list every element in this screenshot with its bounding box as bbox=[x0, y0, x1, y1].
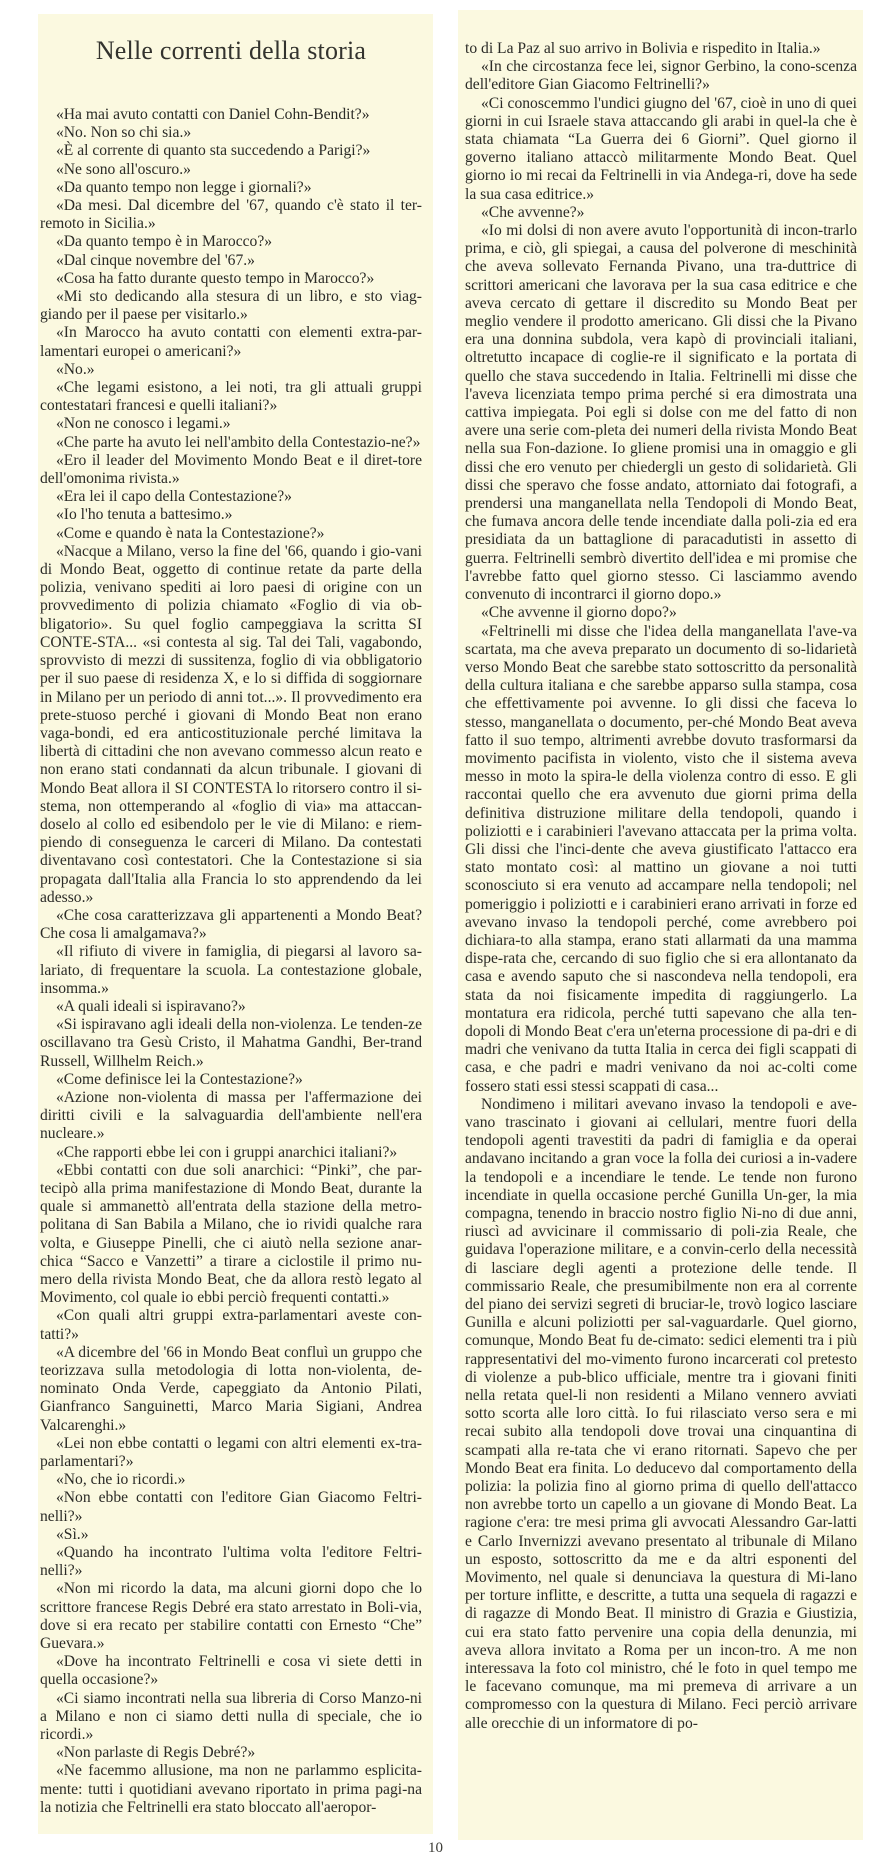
paragraph: «Io l'ho tenuta a battesimo.» bbox=[40, 506, 422, 524]
paragraph: «In Marocco ha avuto contatti con elemen… bbox=[40, 324, 422, 360]
paragraph: «Che cosa caratterizzava gli appartenent… bbox=[40, 907, 422, 943]
paragraph: «Io mi dolsi di non avere avuto l'opport… bbox=[465, 222, 857, 604]
paragraph: to di La Paz al suo arrivo in Bolivia e … bbox=[465, 40, 857, 58]
paragraph: «Ci conoscemmo l'undici giugno del '67, … bbox=[465, 95, 857, 204]
paragraph: «Che avvenne il giorno dopo?» bbox=[465, 604, 857, 622]
paragraph: «Da quanto tempo non legge i giornali?» bbox=[40, 179, 422, 197]
paragraph: «No.» bbox=[40, 361, 422, 379]
paragraph: «Da quanto tempo è in Marocco?» bbox=[40, 233, 422, 251]
paragraph: «In che circostanza fece lei, signor Ger… bbox=[465, 58, 857, 94]
paragraph: «Cosa ha fatto durante questo tempo in M… bbox=[40, 270, 422, 288]
paragraph: «Si ispiravano agli ideali della non-vio… bbox=[40, 1016, 422, 1071]
paragraph: «Non mi ricordo la data, ma alcuni giorn… bbox=[40, 1580, 422, 1653]
paragraph: «Il rifiuto di vivere in famiglia, di pi… bbox=[40, 943, 422, 998]
right-column: to di La Paz al suo arrivo in Bolivia e … bbox=[465, 40, 857, 1733]
paragraph: «Con quali altri gruppi extra-parlamenta… bbox=[40, 1307, 422, 1343]
paragraph: «Feltrinelli mi disse che l'idea della m… bbox=[465, 623, 857, 1096]
page-number: 10 bbox=[428, 1840, 443, 1857]
paragraph: «Sì.» bbox=[40, 1526, 422, 1544]
paragraph: «Ci siamo incontrati nella sua libreria … bbox=[40, 1690, 422, 1745]
paragraph: «Non ne conosco i legami.» bbox=[40, 415, 422, 433]
paragraph: «Come definisce lei la Contestazione?» bbox=[40, 1071, 422, 1089]
paragraph: «Dove ha incontrato Feltrinelli e cosa v… bbox=[40, 1653, 422, 1689]
paragraph: «Mi sto dedicando alla stesura di un lib… bbox=[40, 288, 422, 324]
paragraph: «Non parlaste di Regis Debré?» bbox=[40, 1744, 422, 1762]
paragraph: «Ne facemmo allusione, ma non ne parlamm… bbox=[40, 1762, 422, 1817]
paragraph: «Ne sono all'oscuro.» bbox=[40, 161, 422, 179]
paragraph: «A dicembre del '66 in Mondo Beat conflu… bbox=[40, 1344, 422, 1435]
left-column: «Ha mai avuto contatti con Daniel Cohn-B… bbox=[40, 106, 422, 1817]
paragraph: «Che rapporti ebbe lei con i gruppi anar… bbox=[40, 1144, 422, 1162]
paragraph: «Da mesi. Dal dicembre del '67, quando c… bbox=[40, 197, 422, 233]
paragraph: «Ebbi contatti con due soli anarchici: “… bbox=[40, 1162, 422, 1308]
paragraph: «Azione non-violenta di massa per l'affe… bbox=[40, 1089, 422, 1144]
paragraph: «Quando ha incontrato l'ultima volta l'e… bbox=[40, 1544, 422, 1580]
paragraph: «Era lei il capo della Contestazione?» bbox=[40, 488, 422, 506]
paragraph: «Che avvenne?» bbox=[465, 204, 857, 222]
paragraph: «Come e quando è nata la Contestazione?» bbox=[40, 525, 422, 543]
paragraph: «A quali ideali si ispiravano?» bbox=[40, 998, 422, 1016]
paragraph: «È al corrente di quanto sta succedendo … bbox=[40, 142, 422, 160]
paragraph: «Che legami esistono, a lei noti, tra gl… bbox=[40, 379, 422, 415]
paragraph: «Ero il leader del Movimento Mondo Beat … bbox=[40, 452, 422, 488]
paragraph: «No, che io ricordi.» bbox=[40, 1471, 422, 1489]
paragraph: «Nacque a Milano, verso la fine del '66,… bbox=[40, 543, 422, 907]
page-title: Nelle correnti della storia bbox=[40, 36, 422, 66]
paragraph: «Dal cinque novembre del '67.» bbox=[40, 252, 422, 270]
paragraph: «Lei non ebbe contatti o legami con altr… bbox=[40, 1435, 422, 1471]
paragraph: «Che parte ha avuto lei nell'ambito dell… bbox=[40, 434, 422, 452]
paragraph: Nondimeno i militari avevano invaso la t… bbox=[465, 1096, 857, 1733]
paragraph: «No. Non so chi sia.» bbox=[40, 124, 422, 142]
paragraph: «Non ebbe contatti con l'editore Gian Gi… bbox=[40, 1489, 422, 1525]
paragraph: «Ha mai avuto contatti con Daniel Cohn-B… bbox=[40, 106, 422, 124]
